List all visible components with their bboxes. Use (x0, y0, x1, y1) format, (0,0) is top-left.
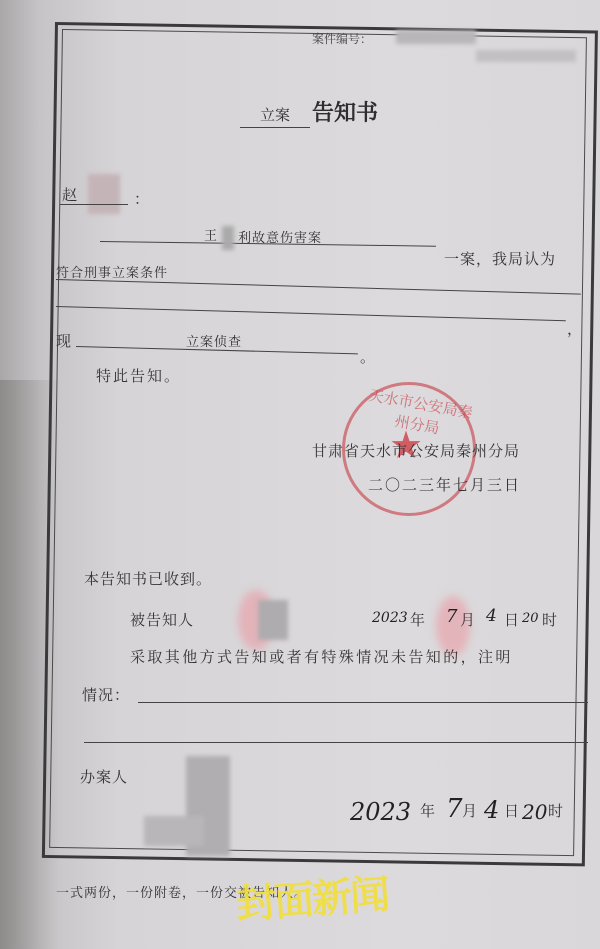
now-label: 现 (56, 330, 71, 351)
situation-label: 情况： (82, 684, 130, 705)
reason-comma: ， (567, 318, 582, 339)
recipient-colon: ： (134, 188, 149, 209)
document-title: 立案告知书 (240, 96, 378, 128)
issue-date: 二〇二三年七月三日 (368, 474, 521, 495)
case-name-redacted (222, 226, 234, 250)
watermark-logo: 封面新闻 (234, 863, 390, 930)
handler-day: 4 (484, 796, 499, 824)
decision-reason: 符合刑事立案条件 (56, 262, 168, 281)
case-number-label: 案件编号： (312, 30, 372, 47)
case-number-redacted (396, 30, 476, 44)
handler-day-label: 日 (504, 800, 519, 821)
issuer: 甘肃省天水市公安局秦州分局 (312, 440, 520, 461)
special-notice: 特此告知。 (96, 365, 181, 386)
handler-month-label: 月 (462, 800, 477, 821)
handler-year-label: 年 (420, 800, 435, 821)
situation-underline-2 (84, 742, 588, 743)
notified-day-label: 日 (504, 609, 519, 630)
notified-person-label: 被告知人 (130, 609, 194, 630)
notified-day: 4 (486, 606, 497, 626)
handler-signature-redacted-2 (144, 816, 204, 846)
handler-label: 办案人 (80, 766, 128, 787)
notified-year: 2023 (372, 610, 408, 626)
notified-hour: 20 (522, 611, 539, 626)
handler-hour-label: 时 (548, 800, 563, 821)
notified-hour-label: 时 (542, 609, 557, 630)
notified-year-label: 年 (410, 609, 425, 630)
notified-month: 7 (446, 606, 457, 627)
notified-month-label: 月 (460, 609, 475, 630)
recipient-name-redacted (88, 174, 120, 214)
received-text: 本告知书已收到。 (84, 568, 212, 589)
other-method-text: 采取其他方式告知或者有特殊情况未告知的，注明 (130, 646, 513, 667)
case-number-redacted-2 (476, 50, 576, 62)
recipient-surname: 赵 (62, 184, 77, 205)
action-text: 立案侦查 (186, 331, 242, 350)
action-period: 。 (360, 346, 375, 367)
recipient-underline (60, 204, 128, 205)
handler-month: 7 (446, 794, 463, 824)
situation-underline-1 (138, 702, 588, 703)
handler-year: 2023 (350, 798, 411, 826)
handler-hour: 20 (522, 800, 547, 824)
title-type: 立案 (240, 104, 310, 128)
case-name-suffix: 利故意伤害案 (238, 227, 322, 246)
case-text: 一案，我局认为 (444, 248, 556, 269)
case-name-prefix: 王 (204, 225, 217, 244)
title-text: 告知书 (312, 100, 378, 126)
notified-signature-redacted (258, 600, 288, 640)
